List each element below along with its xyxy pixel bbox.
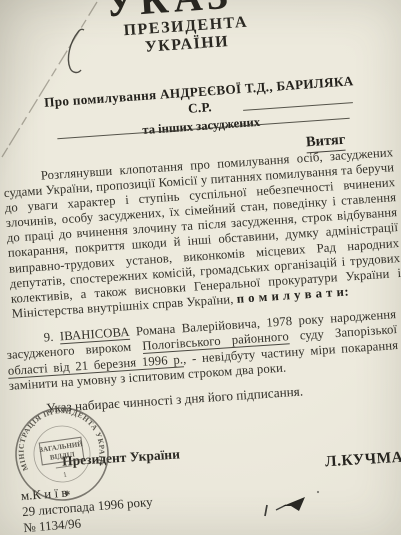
svg-text:АДМІНІСТРАЦІЯ ПРЕЗИДЕНТА УКР: АДМІНІСТРАЦІЯ ПРЕЗИДЕНТА УКРАЇНИ (6, 398, 110, 480)
ink-tick-mark (265, 505, 267, 516)
document-header: УКАЗ ПРЕЗИДЕНТА УКРАЇНИ (83, 0, 288, 61)
decree-photo: УКАЗ ПРЕЗИДЕНТА УКРАЇНИ Про помилування … (0, 0, 401, 535)
stamp-center-rule (56, 466, 72, 468)
item9-number: 9. (43, 330, 54, 345)
footer-block: м.К и ї в 29 листопада 1996 року № 1134/… (20, 478, 154, 535)
preamble-paragraph: Розглянувши клопотання про помилування о… (2, 145, 401, 322)
ink-blot-tail (276, 505, 286, 510)
pardon-item-9: 9. ІВАНІСОВА Романа Валерійовича, 1978 р… (5, 307, 399, 394)
pen-bracket-mark (68, 29, 84, 72)
ink-speck (317, 491, 319, 493)
stamp-center-mark: 1 (63, 471, 68, 479)
stamp-ring-text: АДМІНІСТРАЦІЯ ПРЕЗИДЕНТА УКРАЇНИ (6, 398, 110, 480)
signature-name: Л.КУЧМА (325, 449, 401, 472)
ink-blot-mark (283, 497, 305, 511)
